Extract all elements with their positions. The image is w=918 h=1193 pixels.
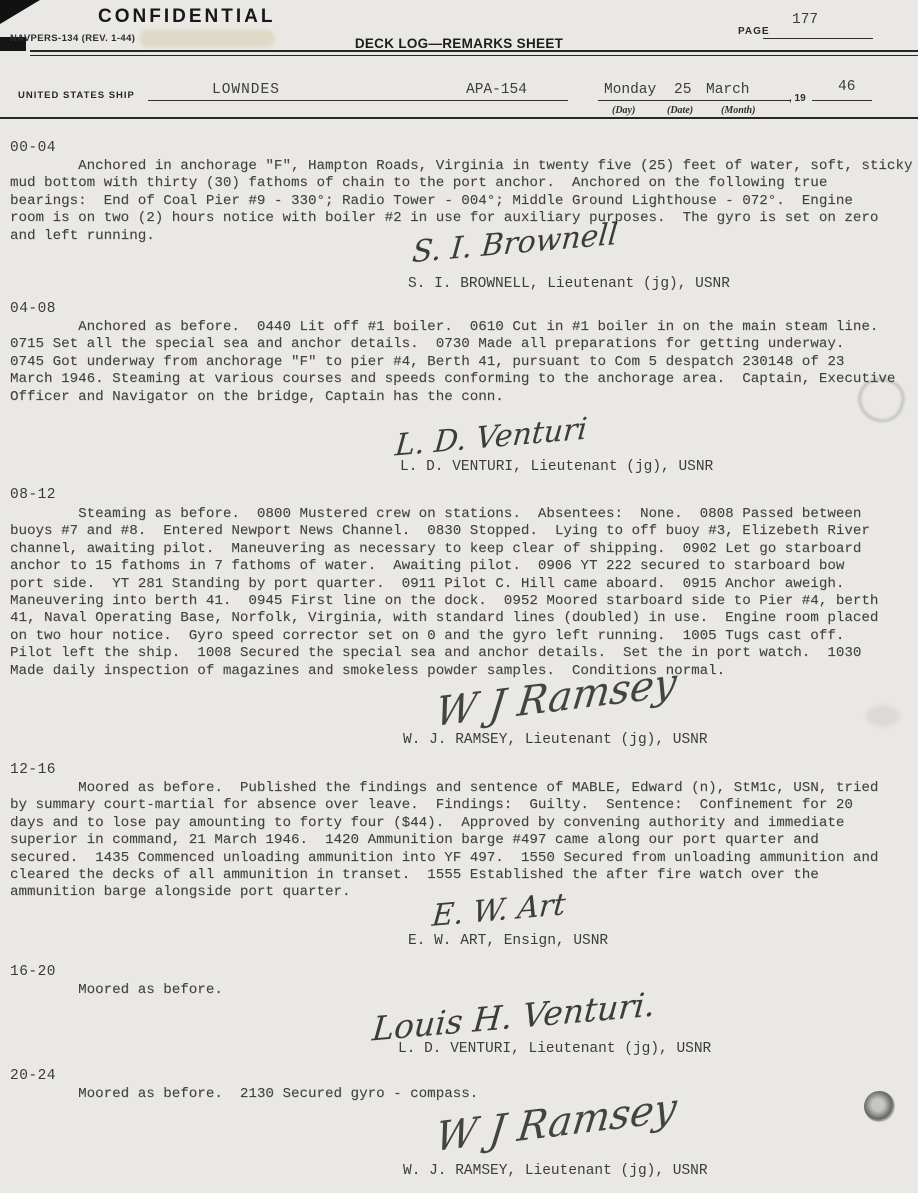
entry-line: by summary court-martial for absence ove… xyxy=(10,797,918,814)
entry-line: Moored as before. Published the findings… xyxy=(10,780,918,797)
entry-line: superior in command, 21 March 1946. 1420… xyxy=(10,832,918,849)
entry-line: Steaming as before. 0800 Mustered crew o… xyxy=(10,506,918,523)
signature-typed-art: E. W. ART, Ensign, USNR xyxy=(408,933,608,949)
entry-line: Anchored as before. 0440 Lit off #1 boil… xyxy=(10,319,918,336)
signature-typed-venturi-2: L. D. VENTURI, Lieutenant (jg), USNR xyxy=(398,1041,711,1057)
entry-line: cleared the decks of all ammunition in t… xyxy=(10,867,918,884)
entry-line: secured. 1435 Commenced unloading ammuni… xyxy=(10,850,918,867)
watch-entry-16-20: Moored as before. xyxy=(10,982,918,999)
entry-line: Anchored in anchorage "F", Hampton Roads… xyxy=(10,158,918,175)
year-underline xyxy=(812,100,872,101)
signature-typed-venturi: L. D. VENTURI, Lieutenant (jg), USNR xyxy=(400,459,713,475)
header-double-rule xyxy=(30,50,918,56)
entry-line: bearings: End of Coal Pier #9 - 330°; Ra… xyxy=(10,193,918,210)
ship-name-value: LOWNDES xyxy=(212,82,280,98)
watch-entry-04-08: Anchored as before. 0440 Lit off #1 boil… xyxy=(10,319,918,406)
watch-hours-04-08: 04-08 xyxy=(10,301,56,317)
page-label: PAGE xyxy=(738,26,770,37)
entry-line: 41, Naval Operating Base, Norfolk, Virgi… xyxy=(10,610,918,627)
watch-entry-08-12: Steaming as before. 0800 Mustered crew o… xyxy=(10,506,918,680)
entry-line: Made daily inspection of magazines and s… xyxy=(10,663,918,680)
entry-line: buoys #7 and #8. Entered Newport News Ch… xyxy=(10,523,918,540)
date-value: 25 xyxy=(674,82,691,98)
month-sublabel: (Month) xyxy=(721,105,755,116)
entry-line: port side. YT 281 Standing by port quart… xyxy=(10,576,918,593)
united-states-ship-label: UNITED STATES SHIP xyxy=(18,90,135,101)
watch-hours-16-20: 16-20 xyxy=(10,964,56,980)
entry-line: Moored as before. 2130 Secured gyro - co… xyxy=(10,1086,918,1103)
deck-log-remarks-sheet: CONFIDENTIAL NAVPERS-134 (REV. 1-44) DEC… xyxy=(0,0,918,1193)
year-value: 46 xyxy=(838,79,855,95)
watch-entry-12-16: Moored as before. Published the findings… xyxy=(10,780,918,902)
watch-hours-00-04: 00-04 xyxy=(10,140,56,156)
day-sublabel: (Day) xyxy=(612,105,635,116)
entry-line: 0715 Set all the special sea and anchor … xyxy=(10,336,918,353)
entry-line: Maneuvering into berth 41. 0945 First li… xyxy=(10,593,918,610)
entry-line: channel, awaiting pilot. Maneuvering as … xyxy=(10,541,918,558)
watch-hours-08-12: 08-12 xyxy=(10,487,56,503)
hull-number-value: APA-154 xyxy=(466,82,527,98)
signature-typed-ramsey: W. J. RAMSEY, Lieutenant (jg), USNR xyxy=(403,732,708,748)
ship-name-underline xyxy=(148,100,568,101)
date-underline xyxy=(598,100,790,101)
confidential-stamp: CONFIDENTIAL xyxy=(98,6,275,28)
entry-line: Officer and Navigator on the bridge, Cap… xyxy=(10,389,918,406)
entry-line: mud bottom with thirty (30) fathoms of c… xyxy=(10,175,918,192)
date-sublabel: (Date) xyxy=(667,105,693,116)
signature-typed-brownell: S. I. BROWNELL, Lieutenant (jg), USNR xyxy=(408,276,730,292)
entry-line: days and to lose pay amounting to forty … xyxy=(10,815,918,832)
watch-hours-20-24: 20-24 xyxy=(10,1068,56,1084)
entry-line: Moored as before. xyxy=(10,982,918,999)
day-value: Monday xyxy=(604,82,656,98)
scan-corner-artifact xyxy=(0,0,40,24)
entry-line: March 1946. Steaming at various courses … xyxy=(10,371,918,388)
page-number-underline xyxy=(763,38,873,39)
signature-venturi: L. D. Venturi xyxy=(394,411,589,463)
header-bottom-rule xyxy=(0,117,918,119)
entry-line: Pilot left the ship. 1008 Secured the sp… xyxy=(10,645,918,662)
signature-typed-ramsey-2: W. J. RAMSEY, Lieutenant (jg), USNR xyxy=(403,1163,708,1179)
watch-hours-12-16: 12-16 xyxy=(10,762,56,778)
watch-entry-20-24: Moored as before. 2130 Secured gyro - co… xyxy=(10,1086,918,1103)
pencil-smudge xyxy=(866,705,900,727)
entry-line: on two hour notice. Gyro speed corrector… xyxy=(10,628,918,645)
month-value: March xyxy=(706,82,750,98)
entry-line: 0745 Got underway from anchorage "F" to … xyxy=(10,354,918,371)
year-prefix-label: , 19 xyxy=(789,93,806,104)
page-number: 177 xyxy=(792,12,818,28)
entry-line: anchor to 15 fathoms in 7 fathoms of wat… xyxy=(10,558,918,575)
entry-line: room is on two (2) hours notice with boi… xyxy=(10,210,918,227)
